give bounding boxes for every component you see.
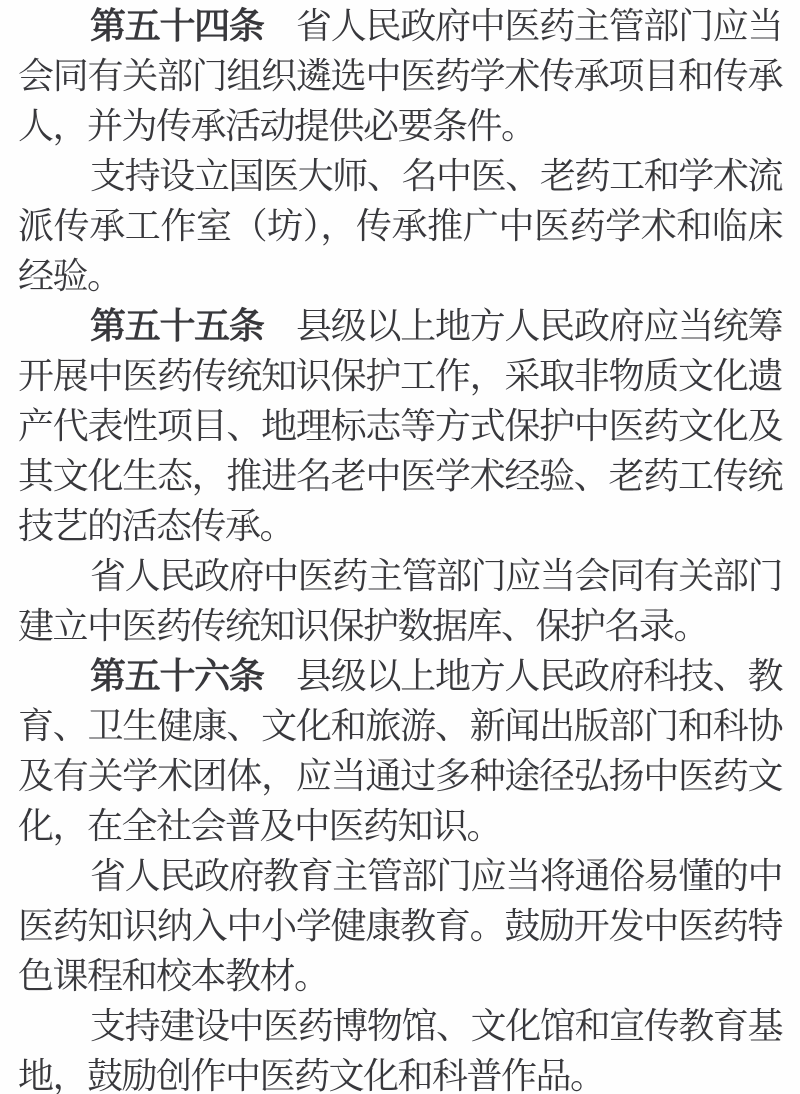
paragraph-article-54: 第五十四条省人民政府中医药主管部门应当会同有关部门组织遴选中医药学术传承项目和传…	[18, 1, 782, 151]
paragraph: 省人民政府教育主管部门应当将通俗易懂的中医药知识纳入中小学健康教育。鼓励开发中医…	[18, 851, 782, 1001]
paragraph: 支持建设中医药博物馆、文化馆和宣传教育基地，鼓励创作中医药文化和科普作品。	[18, 1001, 782, 1094]
paragraph-text: 省人民政府教育主管部门应当将通俗易懂的中医药知识纳入中小学健康教育。鼓励开发中医…	[18, 855, 782, 996]
paragraph-article-56: 第五十六条县级以上地方人民政府科技、教育、卫生健康、文化和旅游、新闻出版部门和科…	[18, 651, 782, 851]
paragraph: 省人民政府中医药主管部门应当会同有关部门建立中医药传统知识保护数据库、保护名录。	[18, 551, 782, 651]
paragraph-text: 支持建设中医药博物馆、文化馆和宣传教育基地，鼓励创作中医药文化和科普作品。	[18, 1005, 782, 1094]
paragraph: 支持设立国医大师、名中医、老药工和学术流派传承工作室（坊），传承推广中医药学术和…	[18, 151, 782, 301]
paragraph-article-55: 第五十五条县级以上地方人民政府应当统筹开展中医药传统知识保护工作，采取非物质文化…	[18, 301, 782, 551]
paragraph-text: 支持设立国医大师、名中医、老药工和学术流派传承工作室（坊），传承推广中医药学术和…	[18, 155, 782, 296]
article-number-56: 第五十六条	[90, 655, 264, 696]
document-page: 第五十四条省人民政府中医药主管部门应当会同有关部门组织遴选中医药学术传承项目和传…	[0, 0, 800, 1094]
article-number-55: 第五十五条	[90, 305, 264, 346]
paragraph-text: 省人民政府中医药主管部门应当会同有关部门建立中医药传统知识保护数据库、保护名录。	[18, 555, 782, 646]
article-number-54: 第五十四条	[90, 5, 264, 46]
